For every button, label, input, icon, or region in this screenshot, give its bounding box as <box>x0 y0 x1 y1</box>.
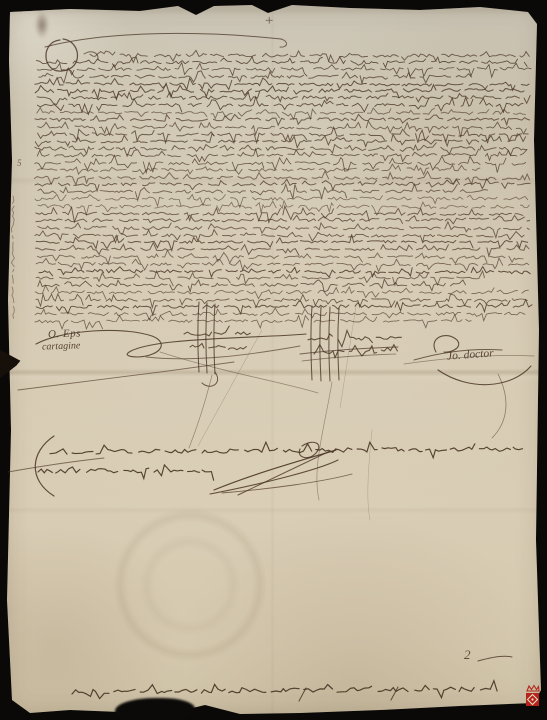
crown-icon <box>527 686 539 692</box>
archive-stamp-icon <box>524 684 541 708</box>
signature-bishop-line1: O. Eps <box>48 327 81 340</box>
margin-numeral: 5 <box>17 158 22 168</box>
scan-background: + 5 2 O. Eps cartagine Jo. doctor <box>0 0 547 720</box>
torn-bottom-edge <box>115 698 195 720</box>
red-stamp-graphic <box>524 684 541 708</box>
folio-number: 2 <box>464 647 471 663</box>
invocation-cross: + <box>265 13 273 30</box>
stamp-center-dot <box>531 698 533 700</box>
signature-bishop-line2: cartagine <box>42 340 81 352</box>
